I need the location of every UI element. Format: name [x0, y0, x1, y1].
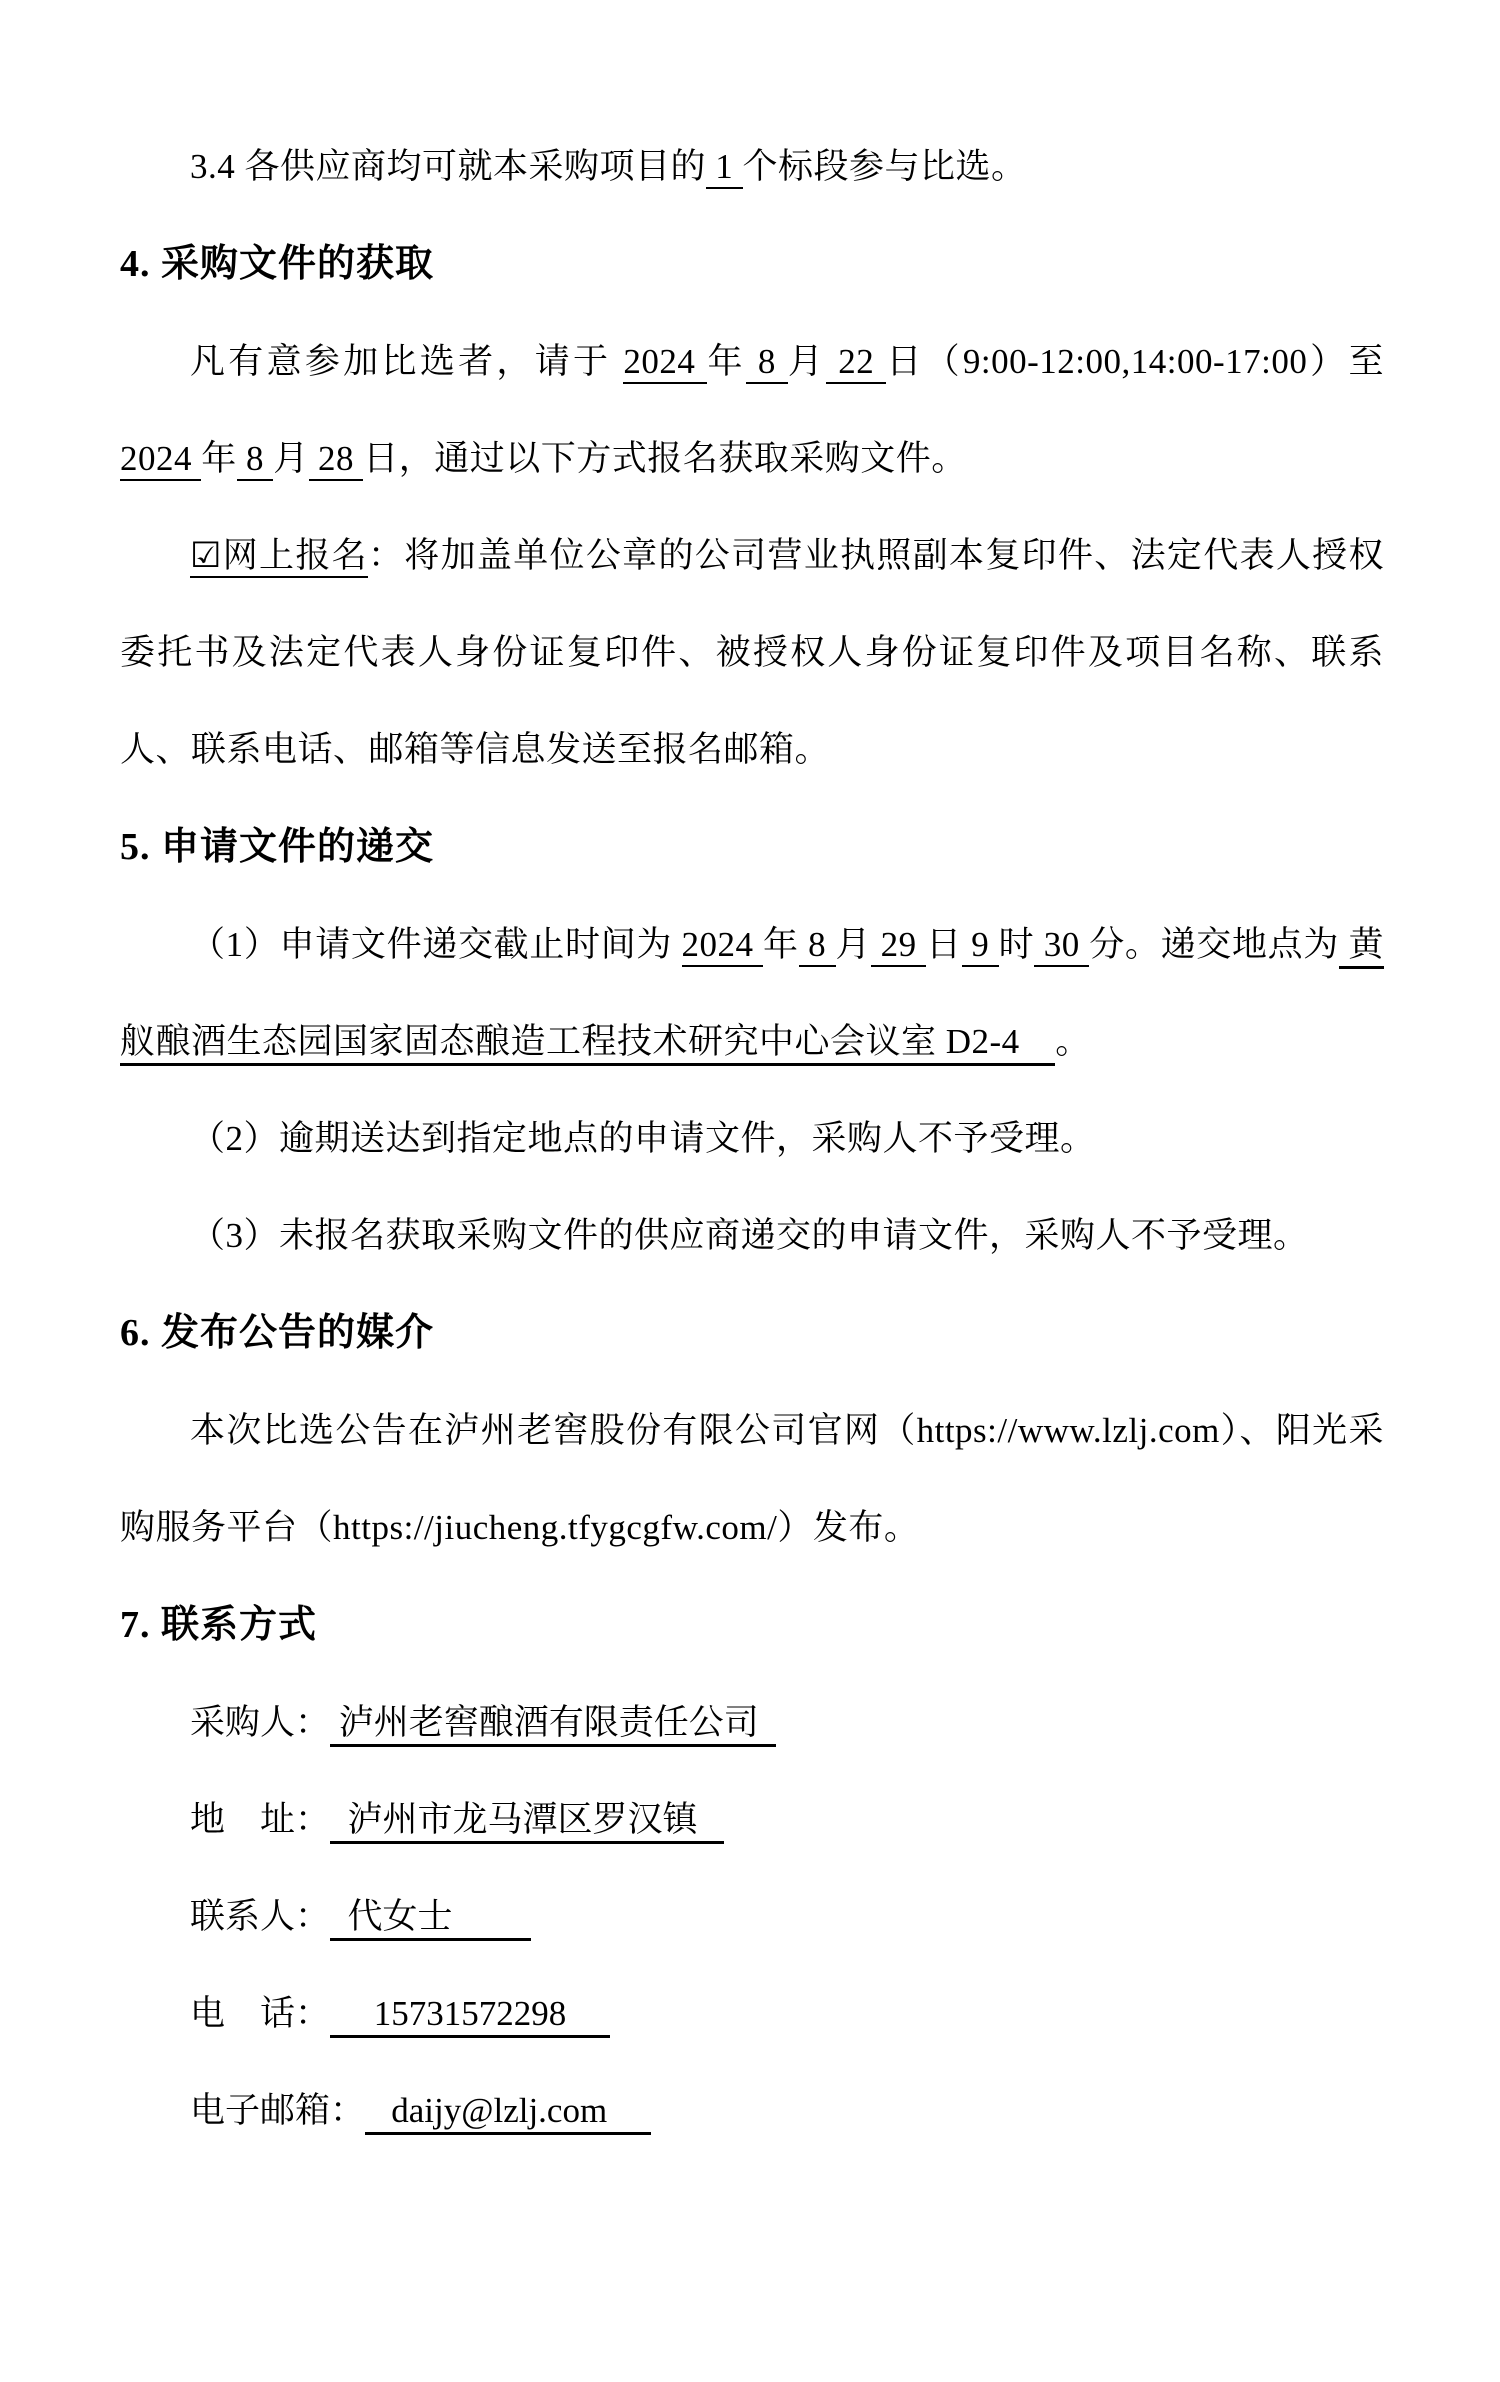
contact-phone-row: 电 话： 15731572298 [120, 1965, 1384, 2062]
obtain-documents-paragraph: 凡有意参加比选者，请于 2024 年 8 月 22 日（9:00-12:00,1… [120, 313, 1384, 507]
online-registration-paragraph: ☑网上报名：将加盖单位公章的公司营业执照副本复印件、法定代表人授权委托书及法定代… [120, 507, 1384, 798]
announcement-media-paragraph: 本次比选公告在泸州老窖股份有限公司官网（https://www.lzlj.com… [120, 1382, 1384, 1576]
checkbox-checked-icon: ☑ [190, 536, 222, 578]
section-5-heading: 5. 申请文件的递交 [120, 798, 1384, 896]
submission-deadline-paragraph: （1）申请文件递交截止时间为 2024 年 8 月 29 日 9 时 30 分。… [120, 896, 1384, 1090]
overdue-paragraph: （2）逾期送达到指定地点的申请文件，采购人不予受理。 [120, 1090, 1384, 1187]
section-4-heading: 4. 采购文件的获取 [120, 215, 1384, 313]
document-page: 3.4 各供应商均可就本采购项目的 1 个标段参与比选。 4. 采购文件的获取 … [0, 0, 1500, 2382]
contact-email-row: 电子邮箱： daijy@lzlj.com [120, 2062, 1384, 2159]
contact-address-row: 地 址： 泸州市龙马潭区罗汉镇 [120, 1771, 1384, 1868]
clause-3-4-text: 3.4 各供应商均可就本采购项目的 1 个标段参与比选。 [120, 118, 1384, 215]
contact-person-row: 联系人： 代女士 [120, 1868, 1384, 1965]
section-6-heading: 6. 发布公告的媒介 [120, 1284, 1384, 1382]
unregistered-paragraph: （3）未报名获取采购文件的供应商递交的申请文件，采购人不予受理。 [120, 1187, 1384, 1284]
contact-purchaser-row: 采购人： 泸州老窖酿酒有限责任公司 [120, 1674, 1384, 1771]
section-7-heading: 7. 联系方式 [120, 1576, 1384, 1674]
